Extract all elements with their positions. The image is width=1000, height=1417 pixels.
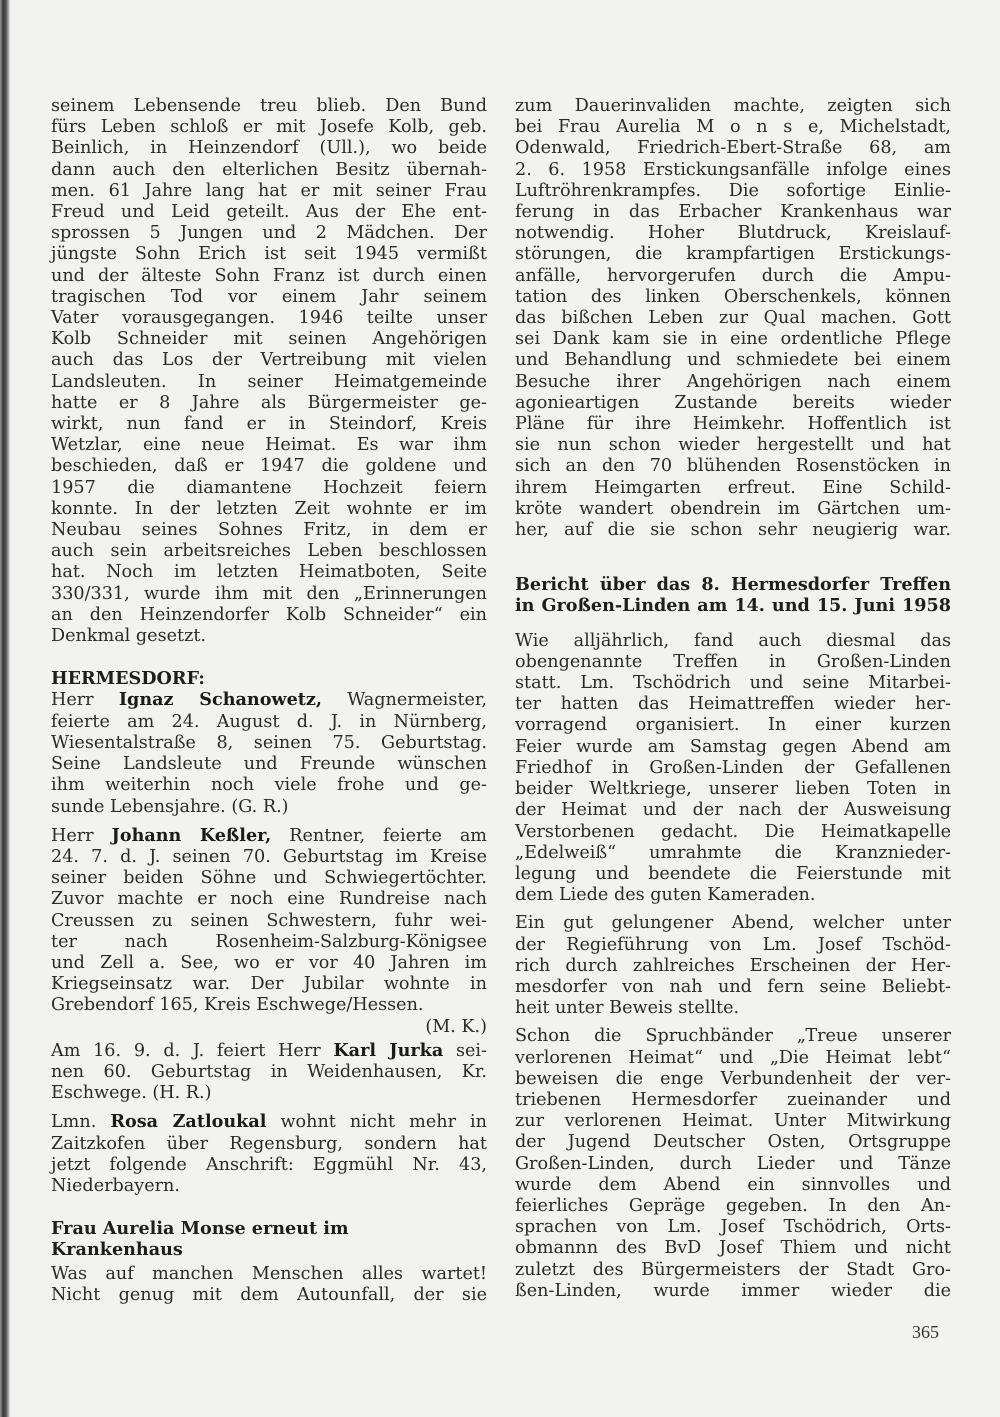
- text-line: an den Heinzendorfer Kolb Schneider“ ein: [51, 605, 487, 626]
- text-line: tation des linken Oberschenkels, können: [515, 287, 951, 308]
- person-name: Rosa Zatloukal: [110, 1111, 266, 1132]
- text-line: Beinlich, in Heinzendorf (Ull.), wo beid…: [51, 138, 487, 159]
- text-line: Kriegseinsatz war. Der Jubilar wohnte in: [51, 974, 487, 995]
- text-line: beider Weltkriege, unserer lieben Toten …: [515, 779, 951, 800]
- obituary-continued-paragraph: seinem Lebensende treu blieb. Den Bundfü…: [51, 96, 487, 647]
- text-line: mesdorfer von nah und fern seine Beliebt…: [515, 977, 951, 998]
- text-line: Neubau seines Sohnes Fritz, in dem er: [51, 520, 487, 541]
- text-line: Seine Landsleute und Freunde wünschen: [51, 754, 487, 775]
- text-line: der Regieführung von Lm. Josef Tschöd-: [515, 935, 951, 956]
- text-line: und Behandlung und schmiedete bei einem: [515, 350, 951, 371]
- text-line: Besuche ihrer Angehörigen nach einem: [515, 372, 951, 393]
- text-line: ihrem Heimgarten erfreut. Eine Schild-: [515, 478, 951, 499]
- text-line: Krankenhaus: [51, 1239, 487, 1260]
- kessler-signature: (M. K.): [51, 1017, 487, 1038]
- text-line: her, auf die sie schon sehr neugierig wa…: [515, 520, 951, 541]
- text-line: heit unter Beweis stellte.: [515, 998, 951, 1019]
- text-line: Verstorbenen gedacht. Die Heimatkapelle: [515, 822, 951, 843]
- text-line: Vater vorausgegangen. 1946 teilte unser: [51, 308, 487, 329]
- text-line: vorragend organisiert. In einer kurzen: [515, 715, 951, 736]
- text-line: auch sein arbeitsreiches Leben beschloss…: [51, 541, 487, 562]
- person-name: Johann Keßler,: [112, 825, 272, 846]
- text-line: hat. Noch im letzten Heimatboten, Seite: [51, 562, 487, 583]
- text-line: 2. 6. 1958 Erstickungsanfälle infolge ei…: [515, 160, 951, 181]
- text-line: Was auf manchen Menschen alles wartet!: [51, 1264, 487, 1285]
- text-line: bei Frau Aurelia M o n s e, Michelstadt,: [515, 117, 951, 138]
- text-line: ter nach Rosenheim-Salzburg-Königsee: [51, 932, 487, 953]
- treffen-paragraph-2: Ein gut gelungener Abend, welcher unterd…: [515, 913, 951, 1019]
- text-line: konnte. In der letzten Zeit wohnte er im: [51, 499, 487, 520]
- text-line: und der älteste Sohn Franz ist durch ein…: [51, 266, 487, 287]
- zatloukal-lines: Zaitzkofen über Regensburg, sondern hatj…: [51, 1134, 487, 1198]
- spacer: [51, 654, 487, 668]
- text-line: Creussen zu seinen Schwestern, fuhr wei-: [51, 911, 487, 932]
- text: sei-: [443, 1041, 487, 1061]
- text-line: sie nun schon wieder hergestellt und hat: [515, 435, 951, 456]
- text-line: hatte er 8 Jahre als Bürgermeister ge-: [51, 393, 487, 414]
- section-heading-hermesdorf: HERMESDORF:: [51, 668, 487, 689]
- text-line: Friedhof in Großen-Linden der Gefallenen: [515, 758, 951, 779]
- text: Herr: [51, 826, 112, 846]
- schanowetz-paragraph: Herr Ignaz Schanowetz, Wagnermeister, fe…: [51, 689, 487, 817]
- text-line: zuletzt des Bürgermeisters der Stadt Gro…: [515, 1260, 951, 1281]
- text-line: Wetzlar, eine neue Heimat. Es war ihm: [51, 435, 487, 456]
- text-line: auch das Los der Vertreibung mit vielen: [51, 350, 487, 371]
- text-line: ihm weiterhin noch viele frohe und ge-: [51, 775, 487, 796]
- text-line: feierliches Gepräge gegeben. In den An-: [515, 1196, 951, 1217]
- text-line: Frau Aurelia Monse erneut im: [51, 1218, 487, 1239]
- text-line: Luftröhrenkrampfes. Die sofortige Einlie…: [515, 181, 951, 202]
- text-line: feierte am 24. August d. J. in Nürnberg,: [51, 712, 487, 733]
- text-line: „Edelweiß“ umrahmte die Kranznieder-: [515, 843, 951, 864]
- text-line: das bißchen Leben zur Qual machen. Gott: [515, 308, 951, 329]
- jurka-paragraph: Am 16. 9. d. J. feiert Herr Karl Jurka s…: [51, 1040, 487, 1105]
- text-line: Niederbayern.: [51, 1176, 487, 1197]
- text-line: rich durch zahlreiches Erscheinen der He…: [515, 956, 951, 977]
- scan-binding-edge: [0, 0, 10, 1417]
- text-line: fürs Leben schloß er mit Josefe Kolb, ge…: [51, 117, 487, 138]
- text-line: sprachen von Lm. Josef Tschödrich, Orts-: [515, 1217, 951, 1238]
- text-line: anfälle, hervorgerufen durch die Ampu-: [515, 266, 951, 287]
- text: Lmn.: [51, 1112, 110, 1132]
- text: Rentner, feierte am: [271, 826, 487, 846]
- text-line: triebenen Hermesdorfer zueinander und: [515, 1090, 951, 1111]
- text-line: ferung in das Erbacher Krankenhaus war: [515, 202, 951, 223]
- spacer: [515, 548, 951, 574]
- schanowetz-first-line: Herr Ignaz Schanowetz, Wagnermeister,: [51, 689, 487, 711]
- text-line: Ein gut gelungener Abend, welcher unter: [515, 913, 951, 934]
- monse-continued-paragraph: zum Dauerinvaliden machte, zeigten sichb…: [515, 96, 951, 541]
- schanowetz-lines: feierte am 24. August d. J. in Nürnberg,…: [51, 712, 487, 818]
- text-line: 24. 7. d. J. seinen 70. Geburtstag im Kr…: [51, 847, 487, 868]
- text: Herr: [51, 690, 119, 710]
- text-line: sunde Lebensjahre. (G. R.): [51, 797, 487, 818]
- text-line: dann auch den elterlichen Besitz übernah…: [51, 160, 487, 181]
- right-column: zum Dauerinvaliden machte, zeigten sichb…: [515, 96, 951, 1309]
- zatloukal-paragraph: Lmn. Rosa Zatloukal wohnt nicht mehr in …: [51, 1111, 487, 1197]
- text-line: in Großen-Linden am 14. und 15. Juni 195…: [515, 595, 951, 616]
- text-line: ßen-Linden, wurde immer wieder die: [515, 1281, 951, 1302]
- text-line: seinem Lebensende treu blieb. Den Bund: [51, 96, 487, 117]
- text-line: notwendig. Hoher Blutdruck, Kreislauf-: [515, 223, 951, 244]
- text-line: ter hatten das Heimattreffen wieder her-: [515, 694, 951, 715]
- jurka-lines: nen 60. Geburtstag in Weidenhausen, Kr.E…: [51, 1062, 487, 1104]
- text-line: Pläne für ihre Heimkehr. Hoffentlich ist: [515, 414, 951, 435]
- text-line: Bericht über das 8. Hermesdorfer Treffen: [515, 574, 951, 595]
- text-line: Wie alljährlich, fand auch diesmal das: [515, 631, 951, 652]
- text-line: Denkmal gesetzt.: [51, 626, 487, 647]
- jurka-first-line: Am 16. 9. d. J. feiert Herr Karl Jurka s…: [51, 1040, 487, 1062]
- text-line: Wiesentalstraße 8, seinen 75. Geburtstag…: [51, 733, 487, 754]
- text-line: der Heimat und der nach der Ausweisung: [515, 800, 951, 821]
- person-name: Karl Jurka: [333, 1040, 443, 1061]
- text-line: Schon die Spruchbänder „Treue unserer: [515, 1026, 951, 1047]
- treffen-paragraph-3: Schon die Spruchbänder „Treue unsererver…: [515, 1026, 951, 1302]
- text-line: Feier wurde am Samstag gegen Abend am: [515, 737, 951, 758]
- text: wohnt nicht mehr in: [266, 1112, 487, 1132]
- text-line: beweisen die enge Verbundenheit der ver-: [515, 1069, 951, 1090]
- text-line: nen 60. Geburtstag in Weidenhausen, Kr.: [51, 1062, 487, 1083]
- text: Am 16. 9. d. J. feiert Herr: [51, 1041, 333, 1061]
- section-heading-text: HERMESDORF:: [51, 668, 487, 689]
- text-line: zur verlorenen Heimat. Unter Mitwirkung: [515, 1111, 951, 1132]
- left-column: seinem Lebensende treu blieb. Den Bundfü…: [51, 96, 487, 1313]
- text-line: Odenwald, Friedrich-Ebert-Straße 68, am: [515, 138, 951, 159]
- text-line: dem Liede des guten Kameraden.: [515, 885, 951, 906]
- kessler-first-line: Herr Johann Keßler, Rentner, feierte am: [51, 825, 487, 847]
- zatloukal-first-line: Lmn. Rosa Zatloukal wohnt nicht mehr in: [51, 1111, 487, 1133]
- text-line: Landsleuten. In seiner Heimatgemeinde: [51, 372, 487, 393]
- text-line: störungen, die krampfartigen Erstickungs…: [515, 244, 951, 265]
- text-line: Eschwege. (H. R.): [51, 1083, 487, 1104]
- text-line: Zuvor machte er noch eine Rundreise nach: [51, 889, 487, 910]
- text-line: sei Dank kam sie in eine ordentliche Pfl…: [515, 329, 951, 350]
- text-line: 330/331, wurde ihm mit den „Erinnerungen: [51, 584, 487, 605]
- text-line: kröte wandert obendrein im Gärtchen um-: [515, 499, 951, 520]
- text-line: Nicht genug mit dem Autounfall, der sie: [51, 1285, 487, 1306]
- treffen-paragraph-1: Wie alljährlich, fand auch diesmal dasob…: [515, 631, 951, 907]
- kessler-lines: 24. 7. d. J. seinen 70. Geburtstag im Kr…: [51, 847, 487, 1017]
- text-line: obengenannte Treffen in Großen-Linden: [515, 652, 951, 673]
- text-line: Großen-Linden, durch Lieder und Tänze: [515, 1154, 951, 1175]
- text-line: wurde dem Abend ein sinnvolles und: [515, 1175, 951, 1196]
- text-line: zum Dauerinvaliden machte, zeigten sich: [515, 96, 951, 117]
- treffen-heading: Bericht über das 8. Hermesdorfer Treffen…: [515, 574, 951, 616]
- text-line: legung und beendete die Feierstunde mit: [515, 864, 951, 885]
- spacer: [51, 1204, 487, 1218]
- text-line: wirkt, nun fand er in Steindorf, Kreis: [51, 414, 487, 435]
- person-name: Ignaz Schanowetz,: [119, 689, 322, 710]
- text-line: jüngste Sohn Erich ist seit 1945 vermißt: [51, 244, 487, 265]
- text-line: Kolb Schneider mit seinen Angehörigen: [51, 329, 487, 350]
- text-line: tragischen Tod vor einem Jahr seinem: [51, 287, 487, 308]
- text-line: Freud und Leid geteilt. Aus der Ehe ent-: [51, 202, 487, 223]
- text-line: sich an den 70 blühenden Rosenstöcken in: [515, 456, 951, 477]
- text-line: verlorenen Heimat“ und „Die Heimat lebt“: [515, 1048, 951, 1069]
- text-line: obmannn des BvD Josef Thiem und nicht: [515, 1238, 951, 1259]
- monse-heading: Frau Aurelia Monse erneut imKrankenhaus: [51, 1218, 487, 1260]
- text-line: statt. Lm. Tschödrich und seine Mitarbei…: [515, 673, 951, 694]
- text-line: und Zell a. See, wo er vor 40 Jahren im: [51, 953, 487, 974]
- text-line: der Jugend Deutscher Osten, Ortsgruppe: [515, 1132, 951, 1153]
- text-line: 1957 die diamantene Hochzeit feiern: [51, 478, 487, 499]
- text-line: Grebendorf 165, Kreis Eschwege/Hessen.: [51, 995, 487, 1016]
- text-line: agonieartigen Zustande bereits wieder: [515, 393, 951, 414]
- text-line: men. 61 Jahre lang hat er mit seiner Fra…: [51, 181, 487, 202]
- kessler-paragraph: Herr Johann Keßler, Rentner, feierte am …: [51, 825, 487, 1038]
- text-line: seiner beiden Söhne und Schwiegertöchter…: [51, 868, 487, 889]
- page-number: 365: [912, 1322, 939, 1343]
- text-line: Zaitzkofen über Regensburg, sondern hat: [51, 1134, 487, 1155]
- text-line: beschieden, daß er 1947 die goldene und: [51, 456, 487, 477]
- monse-intro-paragraph: Was auf manchen Menschen alles wartet!Ni…: [51, 1264, 487, 1306]
- text-line: jetzt folgende Anschrift: Eggmühl Nr. 43…: [51, 1155, 487, 1176]
- text: Wagnermeister,: [322, 690, 487, 710]
- text-line: sprossen 5 Jungen und 2 Mädchen. Der: [51, 223, 487, 244]
